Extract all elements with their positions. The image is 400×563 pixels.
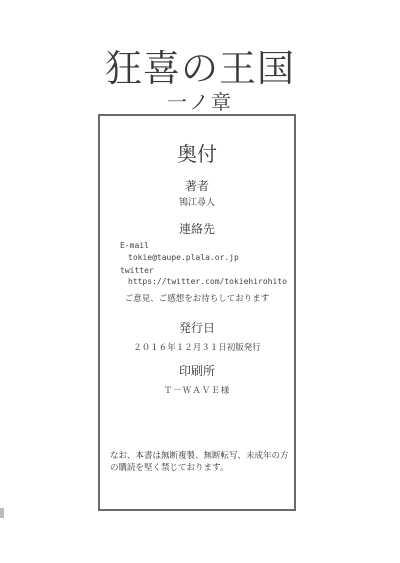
- printer-name: Ｔ－ＷＡＶＥ様: [100, 384, 294, 396]
- colophon-heading: 奥付: [100, 138, 294, 167]
- copyright-notice: なお、本書は無断複製、無断転写、未成年の方の購読を堅く禁じております。: [110, 450, 290, 474]
- contact-message: ご意見、ご感想をお待ちしております: [100, 292, 294, 304]
- twitter-label: twitter: [120, 266, 154, 275]
- publication-date: ２０１６年１２月３１日初版発行: [100, 341, 294, 353]
- printer-label: 印刷所: [100, 362, 294, 379]
- colophon-box: 奥付 著者 鴇江尋人 連絡先 E-mail tokie@taupe.plala.…: [98, 114, 296, 511]
- author-name: 鴇江尋人: [100, 195, 294, 208]
- book-subtitle: 一ノ章: [0, 86, 400, 115]
- email-label: E-mail: [120, 241, 149, 250]
- twitter-url[interactable]: https://twitter.com/tokiehirohito: [128, 277, 287, 286]
- book-title: 狂喜の王国: [0, 38, 400, 92]
- publication-label: 発行日: [100, 319, 294, 336]
- email-address[interactable]: tokie@taupe.plala.or.jp: [128, 253, 239, 262]
- author-label: 著者: [100, 177, 294, 194]
- contact-label: 連絡先: [100, 220, 294, 237]
- page-edge-mark: [0, 508, 4, 518]
